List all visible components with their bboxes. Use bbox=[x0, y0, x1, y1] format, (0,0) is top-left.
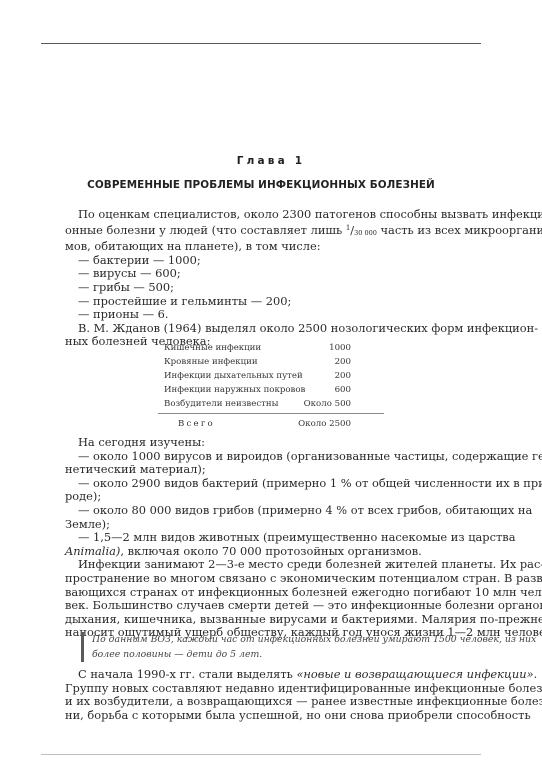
row-value: 600 bbox=[335, 383, 351, 397]
header-rule bbox=[41, 43, 481, 44]
fraction-numerator: 1 bbox=[346, 224, 350, 232]
paragraph-line: ни, борьба с которыми была успешной, но … bbox=[65, 709, 477, 723]
list-item: — простейшие и гельминты — 200; bbox=[65, 295, 477, 309]
paragraph-line: Группу новых составляют недавно идентифи… bbox=[65, 682, 477, 696]
row-value: 200 bbox=[335, 355, 351, 369]
list-item-line: нетический материал); bbox=[65, 463, 477, 477]
paragraph-line: пространение во многом связано с экономи… bbox=[65, 572, 477, 586]
paragraph-line: век. Большинство случаев смерти детей — … bbox=[65, 599, 477, 613]
row-value: Около 500 bbox=[304, 397, 351, 411]
list-item-line: — 1,5—2 млн видов животных (преимуществе… bbox=[65, 531, 477, 545]
row-value: 1000 bbox=[329, 341, 351, 355]
quote-line: более половины — дети до 5 лет. bbox=[92, 647, 488, 662]
list-item: — прионы — 6. bbox=[65, 308, 477, 322]
row-label: Кровяные инфекции bbox=[164, 355, 258, 369]
studied-section: На сегодня изучены: — около 1000 вирусов… bbox=[65, 436, 477, 640]
intro-section: По оценкам специалистов, около 2300 пато… bbox=[65, 208, 477, 349]
intro-line: онные болезни у людей (что составляет ли… bbox=[65, 222, 477, 241]
paragraph-line: Инфекции занимают 2—3-е место среди боле… bbox=[65, 558, 477, 572]
list-item-line: — около 1000 вирусов и вироидов (организ… bbox=[65, 450, 477, 464]
paragraph-line: С начала 1990-х гг. стали выделять «новы… bbox=[65, 668, 477, 682]
paragraph-text: . bbox=[534, 667, 538, 681]
row-label: Возбудители неизвестны bbox=[164, 397, 278, 411]
paragraph-line: и их возбудители, а возвращающихся — ран… bbox=[65, 695, 477, 709]
total-value: Около 2500 bbox=[298, 417, 351, 431]
table-row: Кровяные инфекции200 bbox=[158, 355, 384, 369]
list-item: — бактерии — 1000; bbox=[65, 254, 477, 268]
table-row: Возбудители неизвестныОколо 500 bbox=[158, 397, 384, 411]
list-item-line: Земле); bbox=[65, 518, 477, 532]
fraction: 1/30 000 bbox=[346, 223, 377, 237]
studied-intro: На сегодня изучены: bbox=[65, 436, 477, 450]
quote-line: По данным ВОЗ, каждый час от инфекционны… bbox=[92, 632, 488, 647]
emphasis-text: «новые и возвращающиеся инфекции» bbox=[296, 667, 533, 681]
total-label: Всего bbox=[164, 417, 215, 431]
row-label: Инфекции дыхательных путей bbox=[164, 369, 303, 383]
table-divider bbox=[158, 413, 384, 414]
list-item: — вирусы — 600; bbox=[65, 267, 477, 281]
intro-line: мов, обитающих на планете), в том числе: bbox=[65, 240, 477, 254]
disease-forms-table: Кишечные инфекции1000 Кровяные инфекции2… bbox=[158, 341, 384, 431]
chapter-label: Глава 1 bbox=[0, 155, 542, 167]
row-label: Инфекции наружных покровов bbox=[164, 383, 305, 397]
list-item-line: — около 2900 видов бактерий (примерно 1 … bbox=[65, 477, 477, 491]
list-item-line: роде); bbox=[65, 490, 477, 504]
list-item: — грибы — 500; bbox=[65, 281, 477, 295]
paragraph-text: С начала 1990-х гг. стали выделять bbox=[78, 667, 296, 681]
footer-rule bbox=[41, 754, 481, 755]
row-label: Кишечные инфекции bbox=[164, 341, 261, 355]
intro-line: По оценкам специалистов, около 2300 пато… bbox=[65, 208, 477, 222]
list-item-text: , включая около 70 000 протозойных орган… bbox=[120, 544, 421, 558]
who-quote: По данным ВОЗ, каждый час от инфекционны… bbox=[81, 632, 488, 662]
table-total-row: ВсегоОколо 2500 bbox=[158, 417, 384, 431]
zhdanov-line: В. М. Жданов (1964) выделял около 2500 н… bbox=[65, 322, 477, 336]
list-item-line: — около 80 000 видов грибов (примерно 4 … bbox=[65, 504, 477, 518]
paragraph-line: дыхания, кишечника, вызванные вирусами и… bbox=[65, 613, 477, 627]
table-row: Кишечные инфекции1000 bbox=[158, 341, 384, 355]
fraction-denominator: 30 000 bbox=[354, 229, 377, 237]
final-paragraph: С начала 1990-х гг. стали выделять «новы… bbox=[65, 668, 477, 722]
table-row: Инфекции наружных покровов600 bbox=[158, 383, 384, 397]
latin-term: Animalia) bbox=[65, 544, 120, 558]
list-item-line: Animalia), включая около 70 000 протозой… bbox=[65, 545, 477, 559]
paragraph-line: вающихся странах от инфекционных болезне… bbox=[65, 586, 477, 600]
intro-text: онные болезни у людей (что составляет ли… bbox=[65, 223, 346, 237]
chapter-title: СОВРЕМЕННЫЕ ПРОБЛЕМЫ ИНФЕКЦИОННЫХ БОЛЕЗН… bbox=[41, 179, 481, 191]
row-value: 200 bbox=[335, 369, 351, 383]
intro-text: часть из всех микроорганиз- bbox=[377, 223, 542, 237]
table-row: Инфекции дыхательных путей200 bbox=[158, 369, 384, 383]
